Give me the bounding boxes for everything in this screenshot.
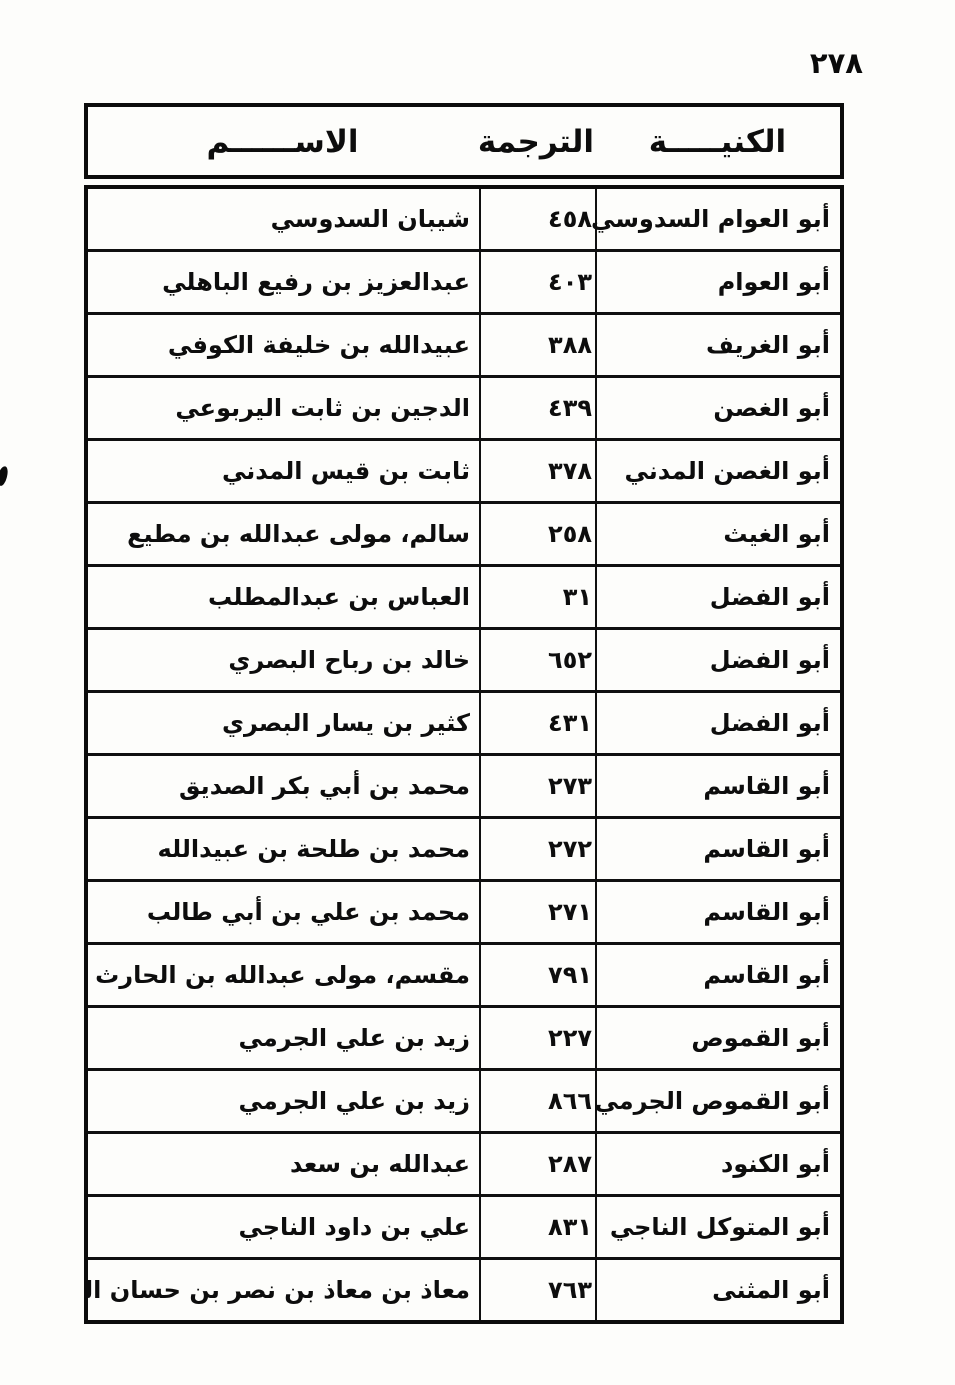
kunya-cell: أبو الغصن [595, 378, 840, 438]
kunya-cell: أبو القموص الجرمي [595, 1071, 840, 1131]
table-row: أبو القاسم ٢٧٢ محمد بن طلحة بن عبيدالله [88, 816, 840, 879]
ism-cell: ثابت بن قيس المدني [88, 441, 479, 501]
table-row: أبو الغصن المدني ٣٧٨ ثابت بن قيس المدني [88, 438, 840, 501]
table-row: أبو الغصن ٤٣٩ الدجين بن ثابت اليربوعي [88, 375, 840, 438]
table-row: أبو المثنى ٧٦٣ معاذ بن معاذ بن نصر بن حس… [88, 1257, 840, 1320]
kunya-cell: أبو العوام السدوسي [595, 189, 840, 249]
tarjama-number-cell: ٣٧٨ [479, 441, 595, 501]
ism-cell: محمد بن علي بن أبي طالب [88, 882, 479, 942]
ism-cell: الدجين بن ثابت اليربوعي [88, 378, 479, 438]
tarjama-number-cell: ٨٣١ [479, 1197, 595, 1257]
ism-cell: علي بن داود الناجي [88, 1197, 479, 1257]
tarjama-number-cell: ٨٦٦ [479, 1071, 595, 1131]
tarjama-number-cell: ٣٨٨ [479, 315, 595, 375]
table-row: أبو الفضل ٦٥٢ خالد بن رباح البصري [88, 627, 840, 690]
kunya-cell: أبو الغريف [595, 315, 840, 375]
table-row: أبو القاسم ٢٧٣ محمد بن أبي بكر الصديق [88, 753, 840, 816]
tarjama-number-cell: ٤٣٩ [479, 378, 595, 438]
kunya-cell: أبو المتوكل الناجي [595, 1197, 840, 1257]
kunya-cell: أبو الفضل [595, 567, 840, 627]
ism-cell: محمد بن طلحة بن عبيدالله [88, 819, 479, 879]
tarjama-number-cell: ٣١ [479, 567, 595, 627]
kunya-cell: أبو الغيث [595, 504, 840, 564]
kunya-cell: أبو القاسم [595, 756, 840, 816]
header-kunya: الكنيـــــة [595, 125, 840, 158]
table-body: أبو العوام السدوسي ٤٥٨ شيبان السدوسي أبو… [84, 185, 844, 1324]
header-ism: الاســــــم [88, 125, 477, 158]
tarjama-number-cell: ٤٠٣ [479, 252, 595, 312]
scan-artifact-mark [0, 465, 9, 487]
kunya-cell: أبو المثنى [595, 1260, 840, 1320]
table-row: أبو القموص ٢٢٧ زيد بن علي الجرمي [88, 1005, 840, 1068]
tarjama-number-cell: ٢٨٧ [479, 1134, 595, 1194]
ism-cell: كثير بن يسار البصري [88, 693, 479, 753]
kunya-cell: أبو القاسم [595, 819, 840, 879]
table-row: أبو الفضل ٤٣١ كثير بن يسار البصري [88, 690, 840, 753]
header-tarjama: الترجمة [477, 125, 595, 158]
scanned-book-page: { "page": { "number": "٢٧٨" }, "table": … [0, 0, 955, 1385]
ism-cell: زيد بن علي الجرمي [88, 1008, 479, 1068]
table-row: أبو القاسم ٢٧١ محمد بن علي بن أبي طالب [88, 879, 840, 942]
ism-cell: العباس بن عبدالمطلب [88, 567, 479, 627]
table-row: أبو الغيث ٢٥٨ سالم، مولى عبدالله بن مطيع [88, 501, 840, 564]
tarjama-number-cell: ٢٧٣ [479, 756, 595, 816]
ism-cell: عبيدالله بن خليفة الكوفي [88, 315, 479, 375]
kunya-cell: أبو الغصن المدني [595, 441, 840, 501]
ism-cell: خالد بن رباح البصري [88, 630, 479, 690]
ism-cell: عبدالله بن سعد [88, 1134, 479, 1194]
ism-cell: مقسم، مولى عبدالله بن الحارث بن نوفل [88, 945, 479, 1005]
kunya-cell: أبو الكنود [595, 1134, 840, 1194]
kunya-cell: أبو القاسم [595, 945, 840, 1005]
tarjama-number-cell: ٢٧٢ [479, 819, 595, 879]
ism-cell: شيبان السدوسي [88, 189, 479, 249]
table-header-row: الكنيـــــة الترجمة الاســــــم [84, 103, 844, 179]
tarjama-number-cell: ٢٧١ [479, 882, 595, 942]
ism-cell: محمد بن أبي بكر الصديق [88, 756, 479, 816]
table-row: أبو القموص الجرمي ٨٦٦ زيد بن علي الجرمي [88, 1068, 840, 1131]
kunya-cell: أبو الفضل [595, 693, 840, 753]
tarjama-number-cell: ٧٦٣ [479, 1260, 595, 1320]
ism-cell: سالم، مولى عبدالله بن مطيع [88, 504, 479, 564]
kunya-cell: أبو القاسم [595, 882, 840, 942]
kunya-cell: أبو العوام [595, 252, 840, 312]
kunya-cell: أبو القموص [595, 1008, 840, 1068]
tarjama-number-cell: ٢٢٧ [479, 1008, 595, 1068]
table-row: أبو الفضل ٣١ العباس بن عبدالمطلب [88, 564, 840, 627]
table-row: أبو الغريف ٣٨٨ عبيدالله بن خليفة الكوفي [88, 312, 840, 375]
ism-cell: زيد بن علي الجرمي [88, 1071, 479, 1131]
tarjama-number-cell: ٤٣١ [479, 693, 595, 753]
table-row: أبو الكنود ٢٨٧ عبدالله بن سعد [88, 1131, 840, 1194]
ism-cell: عبدالعزيز بن رفيع الباهلي [88, 252, 479, 312]
tarjama-number-cell: ٢٥٨ [479, 504, 595, 564]
table-row: أبو العوام السدوسي ٤٥٨ شيبان السدوسي [88, 189, 840, 249]
page-number: ٢٧٨ [810, 46, 863, 80]
kunya-cell: أبو الفضل [595, 630, 840, 690]
tarjama-number-cell: ٤٥٨ [479, 189, 595, 249]
table-row: أبو المتوكل الناجي ٨٣١ علي بن داود الناج… [88, 1194, 840, 1257]
table-row: أبو القاسم ٧٩١ مقسم، مولى عبدالله بن الح… [88, 942, 840, 1005]
kunya-index-table: الكنيـــــة الترجمة الاســــــم أبو العو… [84, 103, 844, 1324]
tarjama-number-cell: ٦٥٢ [479, 630, 595, 690]
table-row: أبو العوام ٤٠٣ عبدالعزيز بن رفيع الباهلي [88, 249, 840, 312]
tarjama-number-cell: ٧٩١ [479, 945, 595, 1005]
ism-cell: معاذ بن معاذ بن نصر بن حسان العنبري [88, 1260, 479, 1320]
